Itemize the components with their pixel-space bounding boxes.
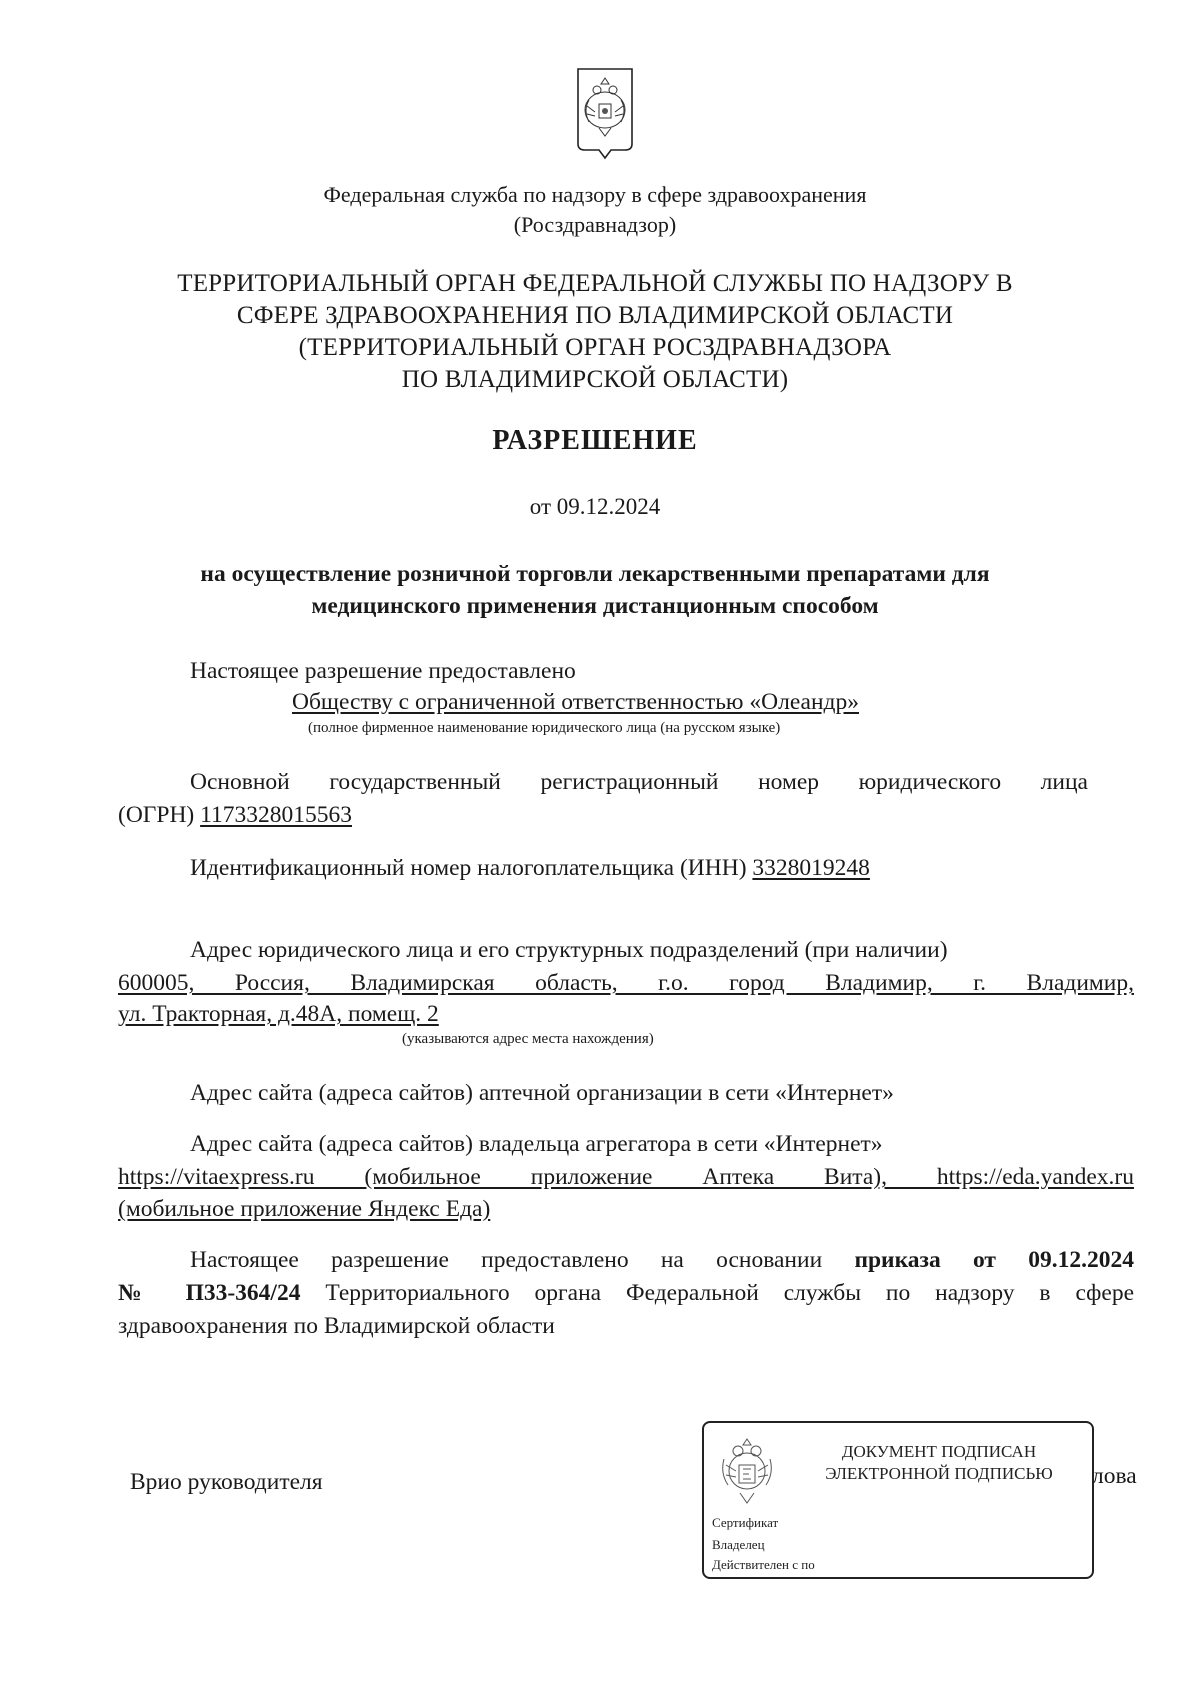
basis-line: № П33-364/24 Территориального органа Фед… [118,1277,1134,1309]
grantee-name-hint: (полное фирменное наименование юридическ… [308,720,780,737]
territorial-line: ПО ВЛАДИМИРСКОЙ ОБЛАСТИ) [0,364,1190,396]
ogrn-line: (ОГРН) 1173328015563 [118,799,352,831]
aggregator-site-line: (мобильное приложение Яндекс Еда) [118,1193,490,1225]
address-label: Адрес юридического лица и его структурны… [190,934,948,966]
territorial-line: ТЕРРИТОРИАЛЬНЫЙ ОРГАН ФЕДЕРАЛЬНОЙ СЛУЖБЫ… [0,268,1190,300]
ogrn-label: Основной государственный регистрационный… [190,766,1088,798]
russian-coat-of-arms-icon [718,1435,776,1509]
document-title: РАЗРЕШЕНИЕ [0,425,1190,457]
inn-value: 3328019248 [752,855,870,881]
inn-label: Идентификационный номер налогоплательщик… [190,855,747,881]
signer-position: Врио руководителя [130,1466,323,1498]
address-hint: (указываются адрес места нахождения) [402,1031,654,1048]
agency-name: Федеральная служба по надзору в сфере зд… [0,180,1190,210]
address-line: ул. Тракторная, д.48А, помещ. 2 [118,998,439,1030]
basis-text: Территориального органа Федеральной служ… [300,1280,1134,1306]
territorial-line: (ТЕРРИТОРИАЛЬНЫЙ ОРГАН РОСЗДРАВНАДЗОРА [0,332,1190,364]
stamp-certificate-label: Сертификат [712,1515,778,1531]
aggregator-site-label: Адрес сайта (адреса сайтов) владельца аг… [190,1128,883,1160]
electronic-signature-stamp: ДОКУМЕНТ ПОДПИСАН ЭЛЕКТРОННОЙ ПОДПИСЬЮ С… [702,1421,1094,1579]
ogrn-prefix: (ОГРН) [118,802,194,828]
basis-order-date: приказа от 09.12.2024 [854,1247,1134,1273]
agency-short-name: (Росздравнадзор) [0,210,1190,240]
stamp-title-line: ДОКУМЕНТ ПОДПИСАН [794,1441,1084,1463]
document-date: от 09.12.2024 [0,494,1190,520]
document-purpose: на осуществление розничной торговли лека… [0,558,1190,622]
aggregator-site-links: https://vitaexpress.ru (мобильное прилож… [118,1161,1134,1193]
territorial-body-heading: ТЕРРИТОРИАЛЬНЫЙ ОРГАН ФЕДЕРАЛЬНОЙ СЛУЖБЫ… [0,268,1190,396]
signer-name-fragment: лова [1092,1460,1137,1492]
inn-line: Идентификационный номер налогоплательщик… [190,852,870,884]
ogrn-value: 1173328015563 [200,802,352,828]
russian-coat-of-arms-icon [575,66,635,162]
agency-block: Федеральная служба по надзору в сфере зд… [0,180,1190,240]
grantee-name: Обществу с ограниченной ответственностью… [292,686,859,718]
address-line: 600005, Россия, Владимирская область, г.… [118,967,1134,999]
territorial-line: СФЕРЕ ЗДРАВООХРАНЕНИЯ ПО ВЛАДИМИРСКОЙ ОБ… [0,300,1190,332]
stamp-valid-label: Действителен с по [712,1557,815,1573]
stamp-title: ДОКУМЕНТ ПОДПИСАН ЭЛЕКТРОННОЙ ПОДПИСЬЮ [794,1441,1084,1485]
purpose-line: на осуществление розничной торговли лека… [0,558,1190,590]
basis-line: здравоохранения по Владимирской области [118,1310,555,1342]
basis-text: Настоящее разрешение предоставлено на ос… [190,1247,854,1273]
stamp-owner-label: Владелец [712,1537,765,1553]
purpose-line: медицинского применения дистанционным сп… [0,590,1190,622]
pharmacy-site-label: Адрес сайта (адреса сайтов) аптечной орг… [190,1077,894,1109]
basis-line: Настоящее разрешение предоставлено на ос… [190,1244,1134,1276]
basis-order-number: № П33-364/24 [118,1280,300,1306]
stamp-title-line: ЭЛЕКТРОННОЙ ПОДПИСЬЮ [794,1463,1084,1485]
grantee-intro: Настоящее разрешение предоставлено [190,655,576,687]
